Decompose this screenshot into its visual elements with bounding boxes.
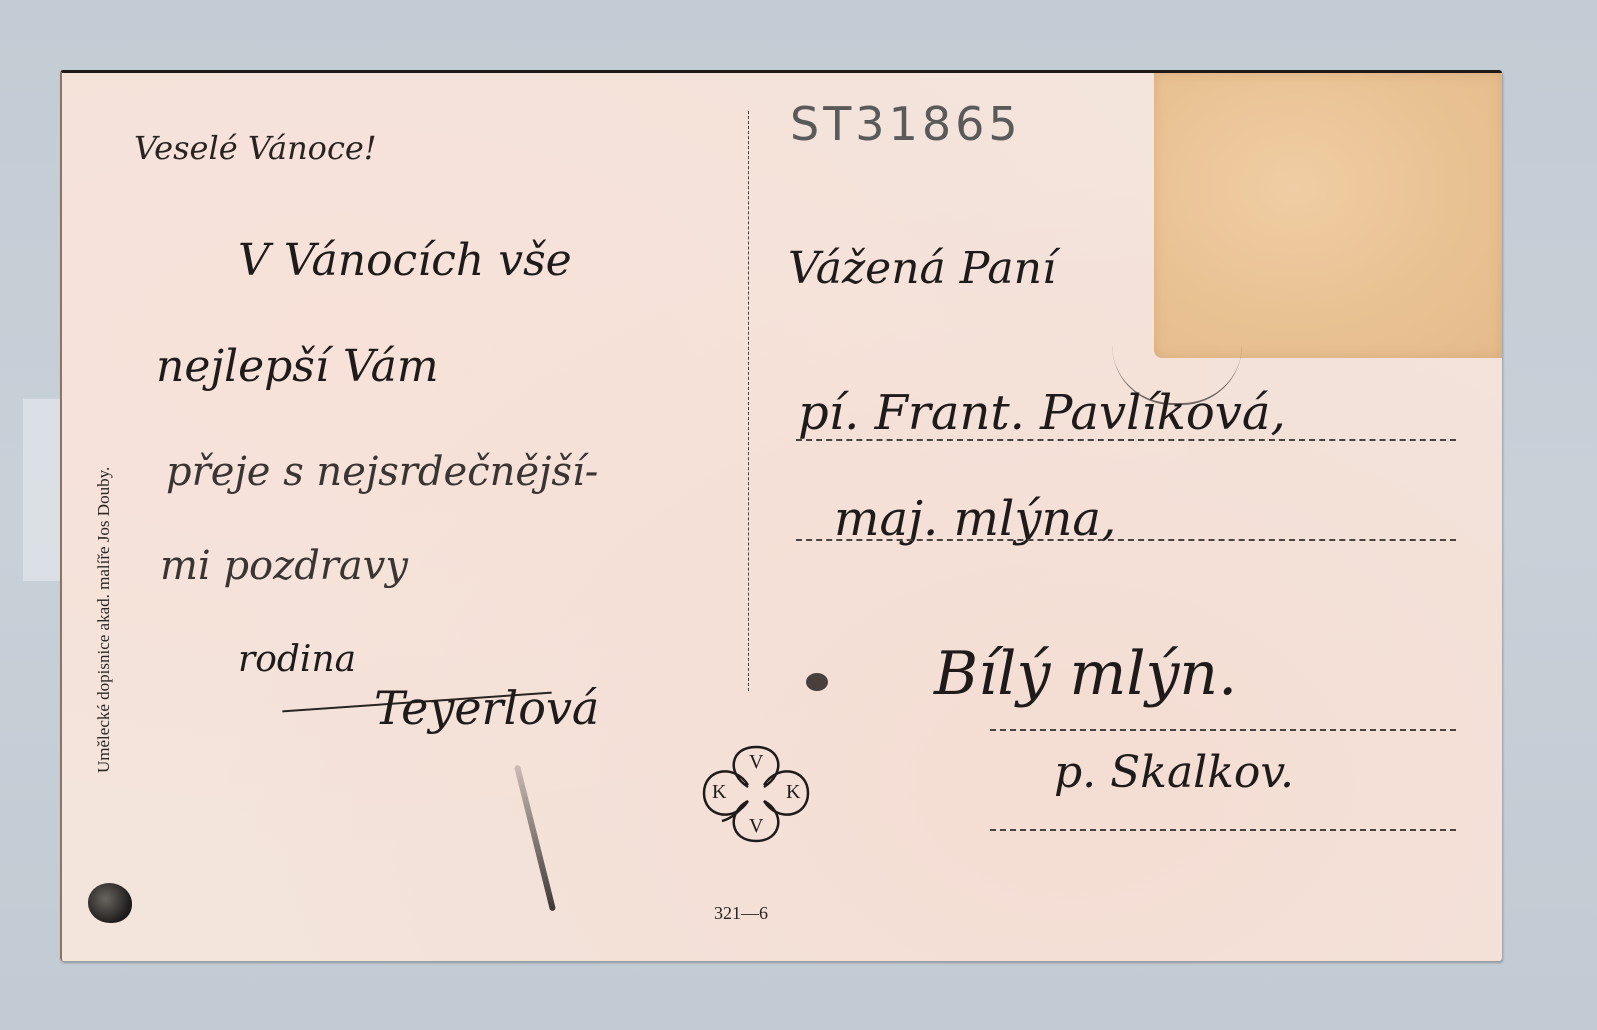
publisher-line: Umělecké dopisnice akad. malíře Jos Doub… [94, 253, 114, 773]
address-line-3: Bílý mlýn. [934, 639, 1237, 709]
postcard: Veselé Vánoce! ST31865 Umělecké dopisnic… [60, 70, 1502, 961]
removed-stamp-area [1154, 73, 1502, 358]
signature: Teyerlová [374, 681, 599, 735]
message-line-4: mi pozdravy [160, 543, 408, 589]
address-rule-3 [990, 729, 1456, 731]
logo-letter-left: K [712, 781, 726, 804]
message-line-5: rodina [238, 639, 356, 680]
address-salutation: Vážená Paní [788, 243, 1056, 294]
logo-letter-top: V [749, 751, 763, 774]
printed-header: Veselé Vánoce! [134, 129, 377, 167]
address-rule-4 [990, 829, 1456, 831]
message-line-1: V Vánocích vše [238, 235, 572, 286]
logo-letter-right: K [786, 781, 800, 804]
publisher-mark-icon [88, 883, 132, 923]
address-rule-1 [796, 439, 1456, 441]
inventory-code: ST31865 [790, 97, 1022, 151]
message-line-2: nejlepší Vám [156, 341, 439, 392]
logo-letter-bottom: V [749, 815, 763, 838]
address-line-1: pí. Frant. Pavlíková, [798, 385, 1286, 441]
ink-blot [806, 673, 828, 691]
address-rule-2 [796, 539, 1456, 541]
print-number: 321—6 [714, 903, 768, 924]
center-divider [748, 111, 749, 691]
ink-streak [514, 765, 556, 912]
message-line-3: přeje s nejsrdečnější- [166, 449, 598, 495]
address-line-4: p. Skalkov. [1054, 747, 1294, 798]
four-leaf-clover-logo: V K K V [696, 733, 816, 853]
